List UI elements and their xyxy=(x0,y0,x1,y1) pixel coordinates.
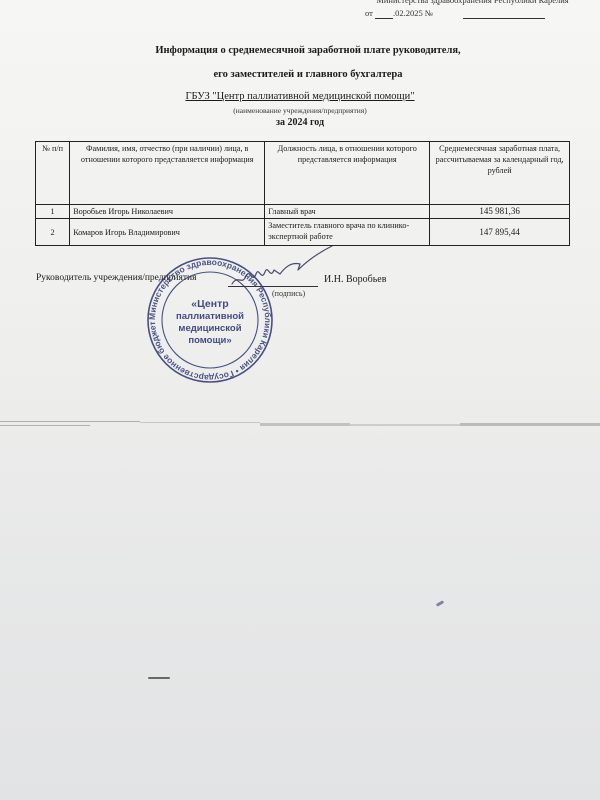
organization-caption: (наименование учреждения/предприятия) xyxy=(0,106,600,115)
date-prefix: от xyxy=(365,8,373,18)
cell-number: 1 xyxy=(36,205,70,219)
salary-table: № п/п Фамилия, имя, отчество (при наличи… xyxy=(35,141,570,246)
table-header-row: № п/п Фамилия, имя, отчество (при наличи… xyxy=(36,142,570,205)
document-page: Министерства здравоохранения Республики … xyxy=(0,0,600,800)
cell-name: Воробьев Игорь Николаевич xyxy=(70,205,265,219)
ink-speck xyxy=(148,677,170,679)
col-header-salary: Среднемесячная заработная плата, рассчит… xyxy=(430,142,570,205)
day-blank xyxy=(375,10,393,19)
cell-salary: 145 981,36 xyxy=(430,205,570,219)
handwritten-signature-icon xyxy=(228,244,338,299)
stamp-center-line: медицинской xyxy=(178,323,241,334)
date-value: .02.2025 xyxy=(393,8,423,18)
col-header-position: Должность лица, в отношении которого пре… xyxy=(265,142,430,205)
scan-artifact xyxy=(0,418,600,430)
document-title-line2: его заместителей и главного бухгалтера xyxy=(8,69,600,80)
cell-position: Заместитель главного врача по клинико-эк… xyxy=(265,219,430,246)
table-row: 2 Комаров Игорь Владимирович Заместитель… xyxy=(36,219,570,246)
date-line: от .02.2025 № xyxy=(300,8,600,19)
cell-name: Комаров Игорь Владимирович xyxy=(70,219,265,246)
col-header-number: № п/п xyxy=(36,142,70,205)
stamp-center-line: помощи» xyxy=(188,335,231,346)
stamp-center-line: «Центр xyxy=(191,298,228,310)
document-title-line1: Информация о среднемесячной заработной п… xyxy=(8,45,600,56)
report-period: за 2024 год xyxy=(0,117,600,128)
cell-position: Главный врач xyxy=(265,205,430,219)
cell-number: 2 xyxy=(36,219,70,246)
ink-speck xyxy=(436,600,444,607)
organization-name: ГБУЗ "Центр паллиативной медицинской пом… xyxy=(0,91,600,102)
col-header-name: Фамилия, имя, отчество (при наличии) лиц… xyxy=(70,142,265,205)
cell-salary: 147 895,44 xyxy=(430,219,570,246)
ministry-line: Министерства здравоохранения Республики … xyxy=(300,0,600,6)
number-label: № xyxy=(425,8,433,18)
stamp-center-line: паллиативной xyxy=(176,311,244,322)
number-blank xyxy=(463,10,545,19)
approval-header: Министерства здравоохранения Республики … xyxy=(300,0,600,19)
table-row: 1 Воробьев Игорь Николаевич Главный врач… xyxy=(36,205,570,219)
